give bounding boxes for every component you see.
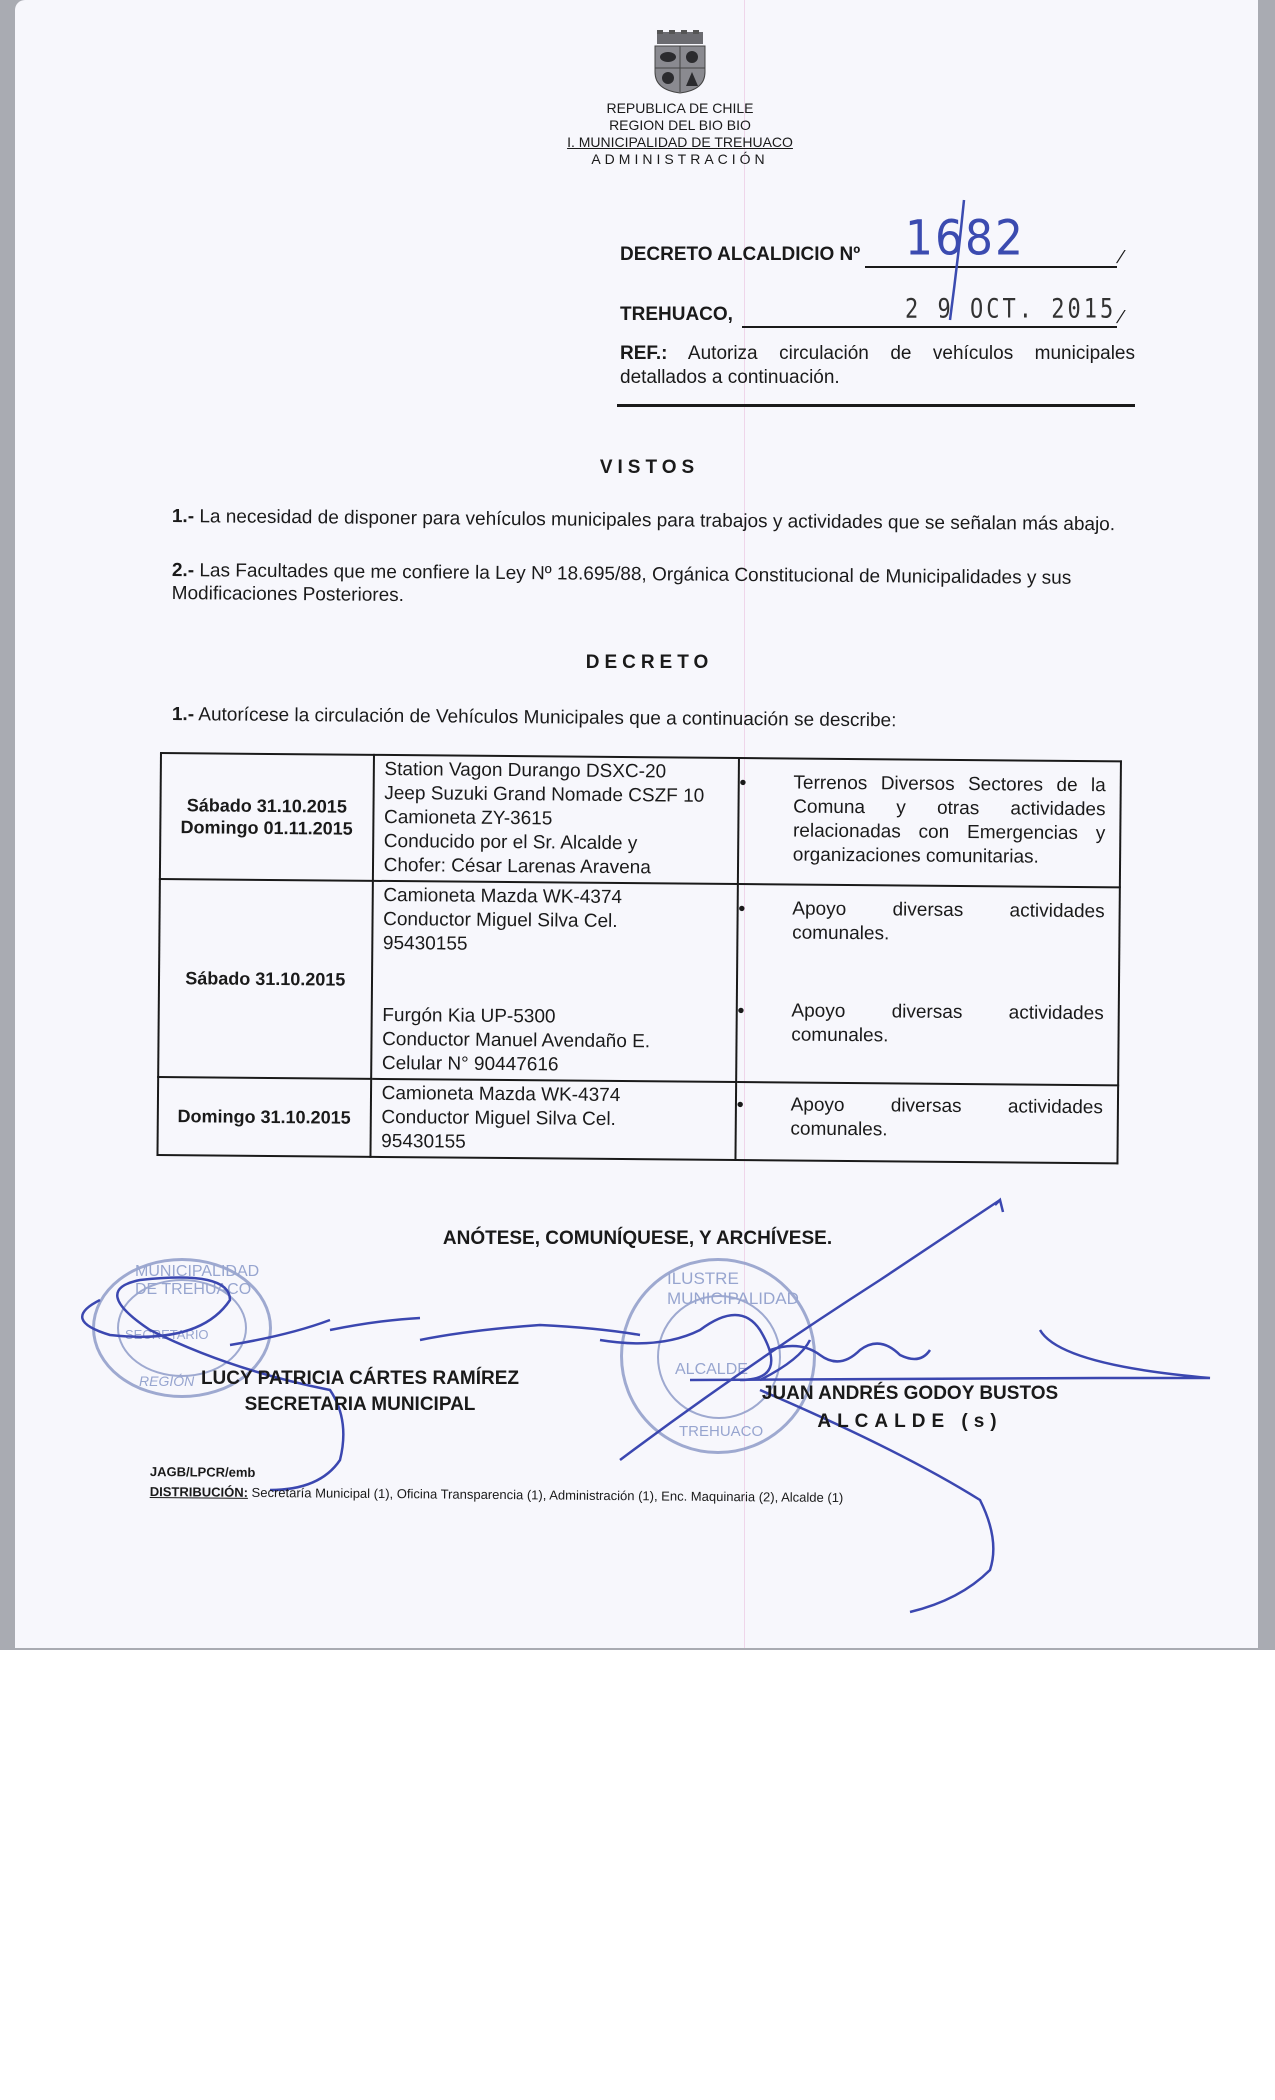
vehicle-text: Camioneta ZY-3615	[384, 806, 727, 833]
seal-text: SECRETARIO	[125, 1327, 209, 1342]
phone-text: Celular N° 90447616	[382, 1052, 725, 1079]
date-underline	[742, 326, 1117, 328]
date-text: Domingo 31.10.2015	[169, 1105, 360, 1129]
ref-text: Autoriza circulación de vehículos munici…	[620, 343, 1135, 388]
secretary-title: SECRETARIA MUNICIPAL	[150, 1392, 570, 1418]
date-text: Sábado 31.10.2015	[171, 794, 362, 818]
vehicle-text: Station Vagon Durango DSXC-20	[384, 758, 727, 785]
distribution-label: DISTRIBUCIÓN:	[150, 1484, 248, 1500]
table-cell-vehicles: Camioneta Mazda WK-4374 Conductor Miguel…	[370, 1079, 736, 1160]
table-cell-activities: • Terrenos Diversos Sectores de la Comun…	[738, 758, 1121, 887]
mayor-signature-block: JUAN ANDRÉS GODOY BUSTOS ALCALDE (s)	[700, 1380, 1120, 1436]
decree-place-date-field: TREHUACO, 2 9 OCT. 2015 /	[620, 282, 1135, 342]
ref-divider	[617, 404, 1135, 407]
vehicles-table: Sábado 31.10.2015 Domingo 01.11.2015 Sta…	[156, 752, 1121, 1164]
table-cell-dates: Sábado 31.10.2015	[158, 879, 372, 1079]
driver-text: Chofer: César Larenas Aravena	[384, 854, 727, 881]
seal-text: ALCALDE	[675, 1361, 748, 1379]
letterhead-department: ADMINISTRACIÓN	[530, 151, 830, 168]
driver-text: Conductor Manuel Avendaño E.	[382, 1028, 725, 1055]
vehicle-text: Furgón Kia UP-5300	[382, 1004, 725, 1031]
vistos-item-2: 2.- Las Facultades que me confiere la Le…	[172, 559, 1132, 613]
letterhead-country: REPUBLICA DE CHILE	[530, 100, 830, 117]
table-cell-dates: Sábado 31.10.2015 Domingo 01.11.2015	[160, 753, 374, 881]
decreto-heading: DECRETO	[12, 652, 1275, 674]
seal-text: MUNICIPALIDAD DE TREHUACO	[135, 1263, 269, 1299]
activity-item: • Apoyo diversas actividades comunales.	[738, 897, 1109, 948]
table-row: Sábado 31.10.2015 Domingo 01.11.2015 Sta…	[160, 753, 1121, 887]
place-label: TREHUACO,	[620, 304, 733, 326]
ref-label: REF.:	[620, 343, 668, 364]
vistos-heading: VISTOS	[12, 457, 1275, 479]
decree-number-handwritten: 1682	[905, 210, 1025, 266]
activity-text: Terrenos Diversos Sectores de la Comuna …	[793, 772, 1110, 871]
vehicle-text: Jeep Suzuki Grand Nomade CSZF 10	[384, 782, 727, 809]
activity-item: • Apoyo diversas actividades comunales.	[737, 999, 1108, 1050]
letterhead-municipality: I. MUNICIPALIDAD DE TREHUACO	[530, 134, 830, 151]
phone-text: 95430155	[381, 1130, 724, 1157]
activity-text: Apoyo diversas actividades comunales.	[790, 1094, 1107, 1145]
driver-text: Conducido por el Sr. Alcalde y	[384, 830, 727, 857]
table-cell-vehicles: Station Vagon Durango DSXC-20 Jeep Suzuk…	[373, 755, 739, 884]
decree-number-underline	[865, 266, 1117, 268]
vistos-item-number: 2.-	[172, 560, 194, 581]
distribution-list: Secretaría Municipal (1), Oficina Transp…	[252, 1485, 844, 1505]
decree-number-label: DECRETO ALCALDICIO Nº	[620, 244, 860, 266]
vistos-item-text: Las Facultades que me confiere la Ley Nº…	[172, 560, 1072, 606]
bullet-icon: •	[736, 1093, 790, 1141]
vehicle-text: Camioneta Mazda WK-4374	[383, 884, 726, 911]
decree-number-slash: /	[1114, 247, 1127, 268]
table-cell-activities: • Apoyo diversas actividades comunales.	[735, 1082, 1118, 1163]
mayor-title: ALCALDE (s)	[700, 1408, 1120, 1436]
table-cell-vehicles: Camioneta Mazda WK-4374 Conductor Miguel…	[371, 881, 738, 1082]
closing-formula: ANÓTESE, COMUNÍQUESE, Y ARCHÍVESE.	[0, 1228, 1275, 1250]
date-text: Sábado 31.10.2015	[170, 967, 361, 991]
vehicle-text: Camioneta Mazda WK-4374	[382, 1082, 725, 1109]
bullet-icon: •	[739, 771, 794, 867]
bullet-icon: •	[738, 897, 792, 945]
secretary-name: LUCY PATRICIA CÁRTES RAMÍREZ	[150, 1366, 570, 1392]
decree-reference: REF.: Autoriza circulación de vehículos …	[620, 342, 1135, 390]
table-row: Sábado 31.10.2015 Camioneta Mazda WK-437…	[158, 879, 1120, 1085]
vistos-item-number: 1.-	[172, 506, 194, 527]
decree-number-field: DECRETO ALCALDICIO Nº 1682 /	[620, 222, 1135, 282]
table-row: Domingo 31.10.2015 Camioneta Mazda WK-43…	[157, 1077, 1118, 1163]
activity-text: Apoyo diversas actividades comunales.	[792, 898, 1109, 949]
date-text: Domingo 01.11.2015	[171, 816, 362, 840]
seal-text: ILUSTRE MUNICIPALIDAD	[667, 1269, 813, 1309]
municipal-coat-of-arms-icon	[649, 30, 711, 94]
driver-text: Conductor Miguel Silva Cel.	[381, 1106, 724, 1133]
activity-item: • Apoyo diversas actividades comunales.	[736, 1093, 1107, 1144]
decreto-item-number: 1.-	[172, 704, 194, 725]
mayor-name: JUAN ANDRÉS GODOY BUSTOS	[700, 1380, 1120, 1408]
activity-text: Apoyo diversas actividades comunales.	[791, 1000, 1108, 1051]
table-cell-activities: • Apoyo diversas actividades comunales. …	[736, 884, 1120, 1085]
document-footer: JAGB/LPCR/emb DISTRIBUCIÓN: Secretaría M…	[150, 1462, 1050, 1510]
table-cell-dates: Domingo 31.10.2015	[157, 1077, 370, 1157]
bullet-icon: •	[737, 999, 791, 1047]
blank-area	[0, 1650, 1275, 2100]
phone-text: 95430155	[383, 932, 726, 959]
letterhead-region: REGION DEL BIO BIO	[530, 117, 830, 134]
spacer	[382, 956, 725, 1007]
letterhead: REPUBLICA DE CHILE REGION DEL BIO BIO I.…	[530, 30, 830, 168]
reference-initials: JAGB/LPCR/emb	[150, 1464, 256, 1480]
date-stamp: 2 9 OCT. 2015	[905, 295, 1116, 325]
decree-header: DECRETO ALCALDICIO Nº 1682 / TREHUACO, 2…	[620, 222, 1135, 342]
activity-item: • Terrenos Diversos Sectores de la Comun…	[739, 771, 1110, 870]
driver-text: Conductor Miguel Silva Cel.	[383, 908, 726, 935]
secretary-signature-block: LUCY PATRICIA CÁRTES RAMÍREZ SECRETARIA …	[150, 1366, 570, 1418]
